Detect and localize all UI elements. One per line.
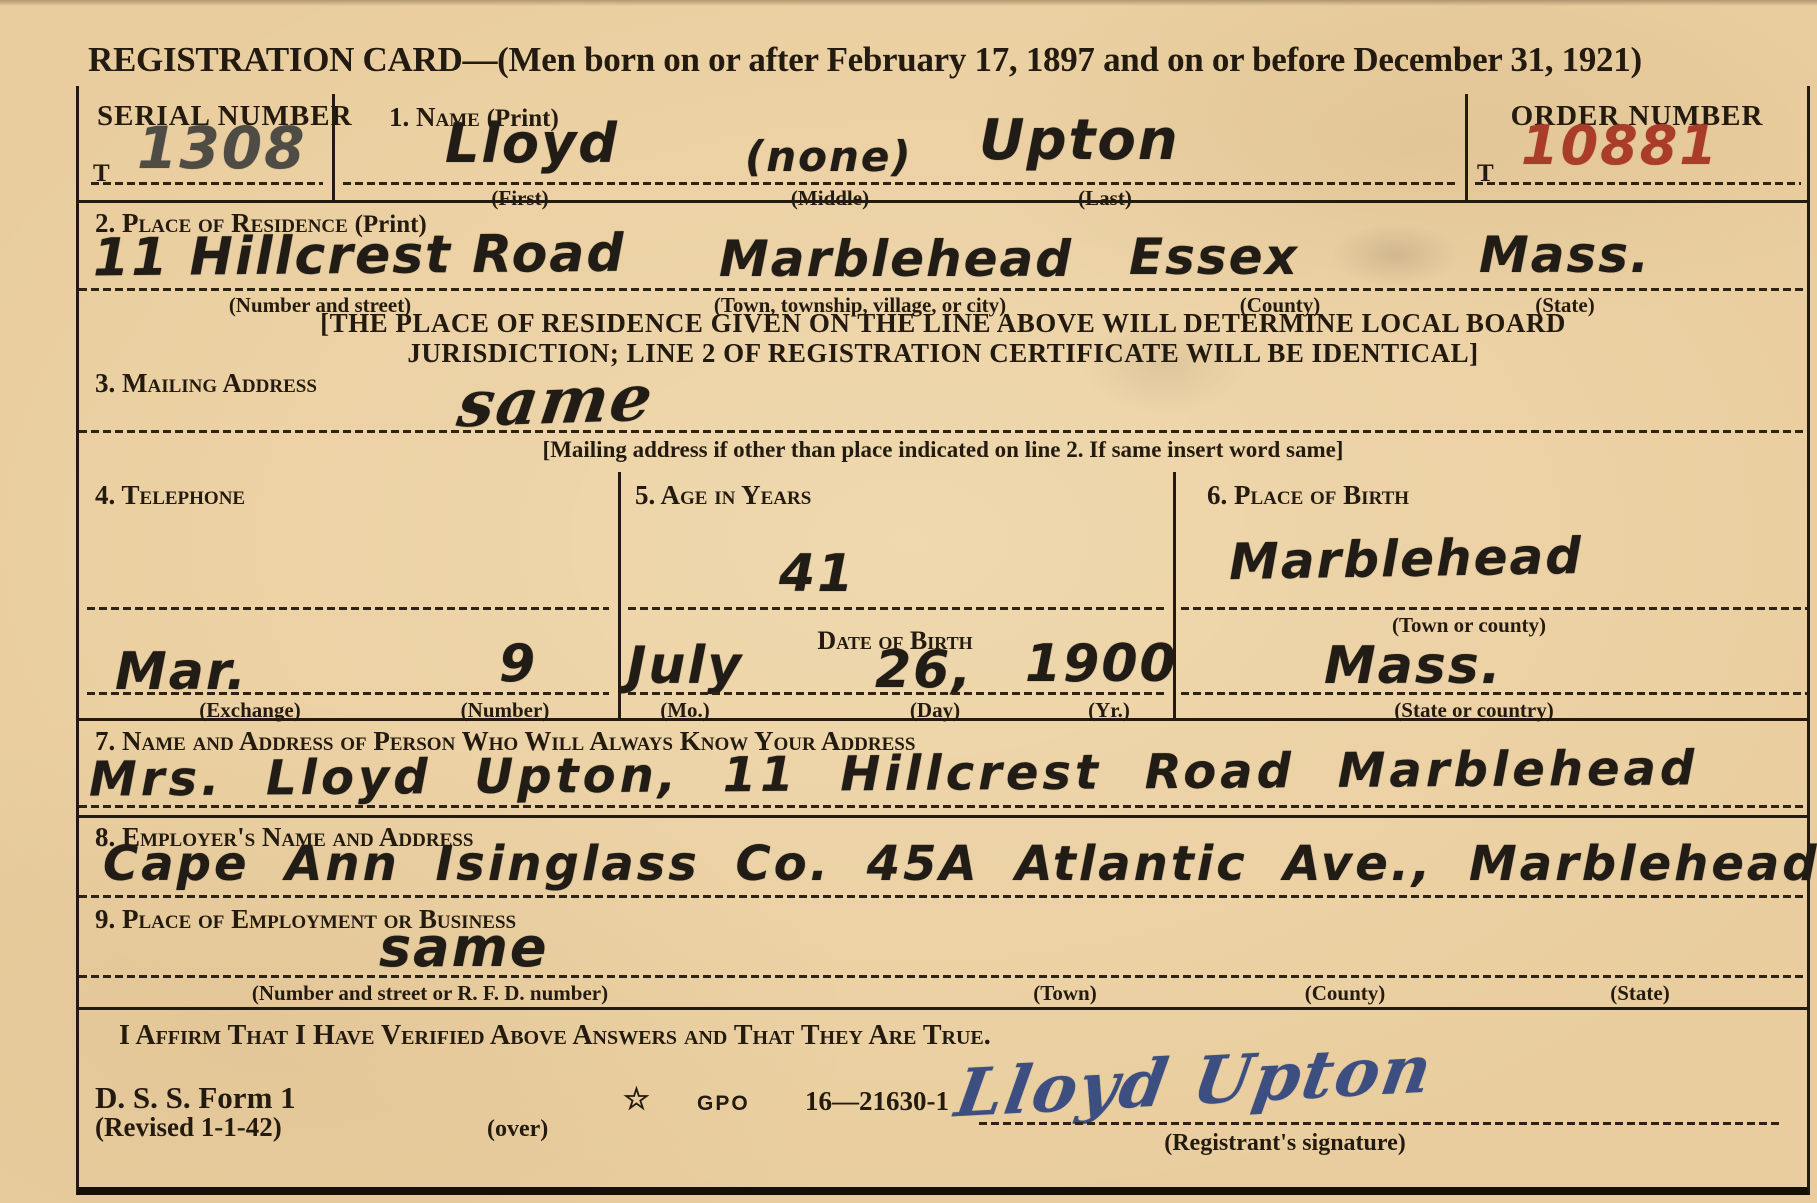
age-line1 bbox=[628, 607, 1166, 610]
mailing-hint: [Mailing address if other than place ind… bbox=[79, 437, 1807, 463]
telephone-number-value: 9 bbox=[499, 634, 537, 694]
last-caption: (Last) bbox=[1078, 186, 1132, 211]
birth-town-value: Marblehead bbox=[1229, 527, 1584, 591]
employment-value: same bbox=[379, 916, 548, 979]
year-caption: (Yr.) bbox=[1088, 698, 1130, 723]
employment-state-caption: (State) bbox=[1610, 981, 1669, 1006]
order-entry-line bbox=[1475, 182, 1801, 185]
telephone-line1 bbox=[87, 607, 609, 610]
employment-bottom-rule bbox=[79, 1007, 1807, 1010]
name-first-value: Lloyd bbox=[445, 112, 619, 175]
birth-section-label: 6. Place of Birth bbox=[1207, 480, 1409, 511]
birth-line1 bbox=[1181, 607, 1807, 610]
mailing-section-label: 3. Mailing Address bbox=[95, 368, 317, 399]
age-value: 41 bbox=[779, 544, 855, 604]
dob-month-value: July bbox=[627, 636, 743, 696]
residence-state-value: Mass. bbox=[1479, 226, 1651, 284]
birth-state-caption: (State or country) bbox=[1394, 698, 1553, 723]
name-last-value: Upton bbox=[979, 108, 1180, 173]
serial-entry-line bbox=[91, 182, 323, 185]
telephone-line2 bbox=[87, 692, 609, 695]
contact-value: Mrs. Lloyd Upton, 11 Hillcrest Road Marb… bbox=[89, 740, 1699, 807]
first-caption: (First) bbox=[491, 186, 548, 211]
employment-street-caption: (Number and street or R. F. D. number) bbox=[252, 981, 608, 1006]
birth-state-value: Mass. bbox=[1324, 636, 1503, 696]
gpo-print-code: 16—21630-1 bbox=[805, 1086, 949, 1117]
contact-entry-line bbox=[79, 805, 1807, 808]
name-entry-line bbox=[343, 182, 1459, 185]
gpo-label: GPO bbox=[697, 1092, 750, 1116]
jurisdiction-note-line2: JURISDICTION; LINE 2 OF REGISTRATION CER… bbox=[79, 338, 1807, 369]
residence-street-value: 11 Hillcrest Road bbox=[93, 224, 626, 289]
serial-number-value: 1308 bbox=[137, 114, 306, 182]
middle-caption: (Middle) bbox=[791, 186, 869, 211]
form-number: D. S. S. Form 1 bbox=[95, 1080, 296, 1116]
over-hint: (over) bbox=[487, 1116, 548, 1143]
number-caption: (Number) bbox=[461, 698, 550, 723]
residence-town-value: Marblehead bbox=[719, 230, 1073, 288]
employer-value: Cape Ann Isinglass Co. 45A Atlantic Ave.… bbox=[103, 836, 1817, 892]
month-caption: (Mo.) bbox=[660, 698, 710, 723]
divider-name-order bbox=[1465, 94, 1468, 200]
jurisdiction-note-line1: [THE PLACE OF RESIDENCE GIVEN ON THE LIN… bbox=[79, 308, 1807, 339]
card-frame: SERIAL NUMBER T 1308 1. Name (Print) Llo… bbox=[76, 86, 1810, 1195]
birth-line2 bbox=[1181, 692, 1807, 695]
order-number-value: 10881 bbox=[1521, 114, 1719, 177]
day-caption: (Day) bbox=[910, 698, 960, 723]
residence-entry-line bbox=[79, 288, 1807, 291]
exchange-caption: (Exchange) bbox=[199, 698, 301, 723]
affirmation-statement: I Affirm That I Have Verified Above Answ… bbox=[119, 1020, 991, 1052]
birth-town-caption: (Town or county) bbox=[1392, 613, 1546, 638]
registration-card-scan: REGISTRATION CARD—(Men born on or after … bbox=[0, 0, 1817, 1203]
employment-county-caption: (County) bbox=[1305, 981, 1386, 1006]
form-revision: (Revised 1-1-42) bbox=[95, 1112, 282, 1143]
employment-town-caption: (Town) bbox=[1033, 981, 1096, 1006]
contact-bottom-rule bbox=[79, 815, 1807, 818]
dob-year-value: 1900 bbox=[1025, 634, 1178, 694]
mailing-entry-line bbox=[79, 430, 1807, 433]
page-title: REGISTRATION CARD—(Men born on or after … bbox=[88, 40, 1642, 80]
residence-county-value: Essex bbox=[1129, 228, 1299, 286]
name-middle-value: (none) bbox=[745, 132, 913, 181]
registrant-signature: Lloyd Upton bbox=[950, 1030, 1438, 1133]
age-section-label: 5. Age in Years bbox=[635, 480, 811, 511]
age-line2 bbox=[628, 692, 1166, 695]
signature-caption: (Registrant's signature) bbox=[1164, 1130, 1406, 1157]
star-icon: ☆ bbox=[623, 1082, 650, 1117]
dob-day-value: 26, bbox=[875, 640, 973, 700]
employment-entry-line bbox=[79, 975, 1807, 978]
employer-entry-line bbox=[79, 895, 1807, 898]
row1-bottom-rule bbox=[79, 200, 1807, 203]
divider-tel-age bbox=[618, 472, 621, 718]
telephone-section-label: 4. Telephone bbox=[95, 480, 245, 511]
signature-line bbox=[979, 1122, 1779, 1125]
